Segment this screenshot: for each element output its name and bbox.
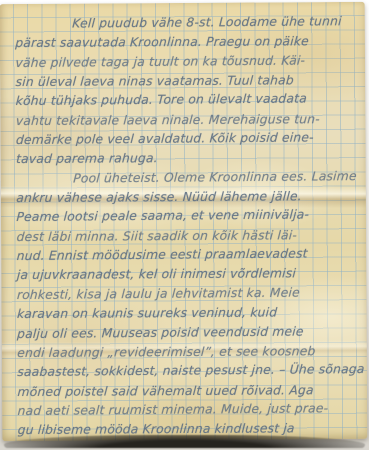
letter-line: rohkesti, kisa ja laulu ja lehvitamist k… [16,280,358,302]
letter-line: demärke pole veel avaldatud. Kõik poisid… [16,125,358,147]
letter-paper: Kell puudub vähe 8-st. Loodame ühe tunni… [0,2,367,441]
letter-line: vähe pilvede taga ja tuult on ka tõusnud… [15,48,357,70]
letter-line: karavan on kaunis suureks veninud, kuid [17,300,359,321]
page-bottom-shadow [4,435,365,448]
letter-line: Peame lootsi peale saama, et vene miiniv… [16,202,358,224]
letter-line: Pool üheteist. Oleme Kroonlinna ees. Las… [16,164,358,186]
letter-body: Kell puudub vähe 8-st. Loodame ühe tunni… [15,10,359,438]
letter-line: Kell puudub vähe 8-st. Loodame ühe tunni [15,9,357,31]
letter-line: kõhu tühjaks puhuda. Tore on ülevalt vaa… [15,86,357,108]
letter-line: saabastest, sokkidest, naiste pesust jne… [17,357,359,379]
letter-line: nud. Ennist möödusime eesti praamlaevade… [16,241,358,263]
letter-line: nad aeti sealt ruumist minema. Muide, ju… [17,396,359,418]
letter-line: palju oli ees. Muuseas poisid veendusid … [17,319,359,341]
